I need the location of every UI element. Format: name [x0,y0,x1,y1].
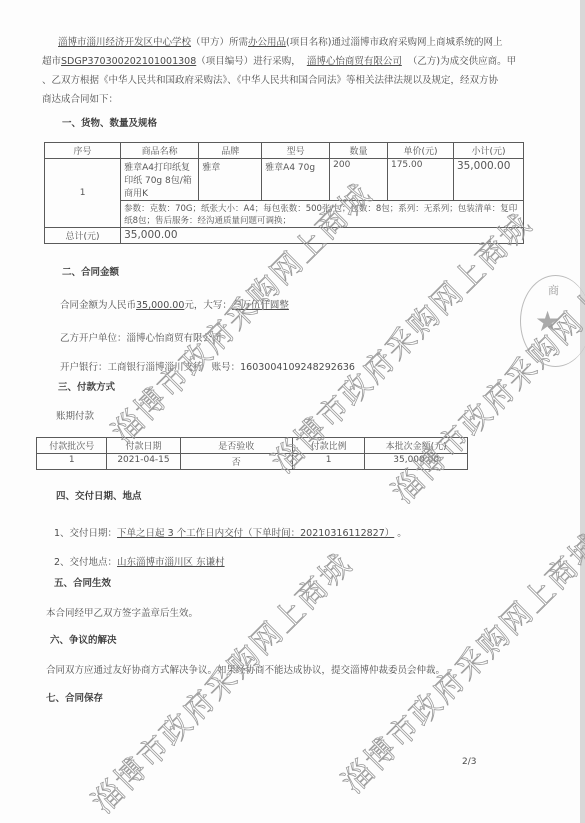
header-batch: 付款批次号 [37,438,107,454]
row-index: 1 [45,159,121,228]
header-subtotal: 小计(元) [453,143,523,159]
row-ratio: 1 [292,454,364,470]
contract-amount: 35,000.00 [136,300,184,311]
total-label: 总计(元) [45,228,121,244]
delivery-place-value: 山东淄博市淄川区 东谦村 [117,557,225,568]
bank-line: 开户银行：工商银行淄博淄川支行 账号：1603004109248292636 [60,362,355,374]
section-3-title: 三、付款方式 [58,382,115,394]
row-amount: 35,000.00 [365,454,468,470]
table-total-row: 总计(元) 35,000.00 [45,228,524,244]
section-7-title: 七、合同保存 [46,693,103,705]
header-name: 商品名称 [121,143,199,159]
delivery-place-label: 2、交付地点： [54,557,117,568]
header-unit-price: 单价(元) [387,143,453,159]
project-name: 办公用品 [248,37,286,48]
buyer-role: （甲方）所需 [191,37,248,48]
account-unit: 淄博心怡商贸有限公司 [127,333,222,344]
goods-table: 序号 商品名称 品牌 型号 数量 单价(元) 小计(元) 1 雅章A4打印纸复印… [44,142,524,244]
page-edge [580,0,585,823]
amount-suffix: 元，大写： [184,300,232,311]
row-accepted: 否 [180,454,292,470]
account-unit-label: 乙方开户单位： [60,333,127,344]
row-date: 2021-04-15 [107,454,180,470]
delivery-place-line: 2、交付地点：山东淄博市淄川区 东谦村 [54,557,225,569]
header-ratio: 付款比例 [292,438,364,454]
delivery-date-line: 1、交付日期：下单之日起 3 个工作日内交付（下单时间：202103161128… [54,528,407,540]
bank-name: 工商银行淄博淄川支行 [108,362,203,373]
contract-amount-line: 合同金额为人民币35,000.00元，大写：叁万伍仟圆整 [60,300,289,312]
header-brand: 品牌 [199,143,262,159]
section-2-title: 二、合同金额 [62,267,119,279]
payment-method: 账期付款 [56,411,94,423]
amount-words: 叁万伍仟圆整 [232,300,289,311]
intro-line-1: 淄博市淄川经济开发区中心学校（甲方）所需办公用品(项目名称)通过淄博市政府采购网… [58,37,502,49]
amount-prefix: 合同金额为人民币 [60,300,136,311]
row-brand: 雅章 [199,159,262,201]
supplier-name: 淄博心怡商贸有限公司 [307,56,402,67]
account-number: 1603004109248292636 [240,362,355,373]
seal-text: 商 [548,285,559,297]
row-quantity: 200 [330,159,388,201]
header-date: 付款日期 [107,438,180,454]
account-unit-line: 乙方开户单位：淄博心怡商贸有限公司 [60,333,222,345]
seal-star-icon: ★ [535,305,560,338]
section-5-text: 本合同经甲乙双方签字盖章后生效。 [46,608,198,620]
payment-table-header: 付款批次号 付款日期 是否验收 付款比例 本批次金额(元) [37,438,468,454]
row-unit-price: 175.00 [387,159,453,201]
delivery-date-label: 1、交付日期： [54,528,117,539]
section-1-title: 一、货物、数量及规格 [62,118,157,130]
project-code: SDGP370300202101001308 [61,56,196,67]
table-row: 1 雅章A4打印纸复印纸 70g 8包/箱商用K 雅章 雅章A4 70g 200… [45,159,524,201]
row-subtotal: 35,000.00 [453,159,523,201]
page-number: 2/3 [462,756,476,768]
row-batch: 1 [37,454,107,470]
bank-label: 开户银行： [60,362,108,373]
section-5-title: 五、合同生效 [54,578,111,590]
supplier-role: （乙方)为成交供应商。甲 [408,56,516,67]
row-name: 雅章A4打印纸复印纸 70g 8包/箱商用K [121,159,199,201]
intro-line-2: 超市SDGP370300202101001308（项目编号）进行采购， 淄博心怡… [42,56,516,68]
section-6-text: 合同双方应通过友好协商方式解决争议。如果经协商不能达成协议，提交淄博仲裁委员会仲… [46,665,445,677]
goods-table-header: 序号 商品名称 品牌 型号 数量 单价(元) 小计(元) [45,143,524,159]
payment-table: 付款批次号 付款日期 是否验收 付款比例 本批次金额(元) 1 2021-04-… [36,437,468,470]
header-index: 序号 [45,143,121,159]
account-no-label: 账号： [212,362,241,373]
delivery-date-value: 下单之日起 3 个工作日内交付（下单时间：20210316112827） [117,528,394,539]
project-name-label: (项目名称)通过淄博市政府采购网上商城系统的网上 [286,37,502,48]
line2-prefix: 超市 [42,56,61,67]
table-row: 1 2021-04-15 否 1 35,000.00 [37,454,468,470]
intro-line-4: 商达成合同如下： [42,94,118,106]
header-accepted: 是否验收 [180,438,292,454]
row-params: 参数：克数：70G；纸张大小：A4；每包张数：500张/包；包数：8包；系列：无… [121,201,524,228]
section-4-title: 四、交付日期、地点 [56,491,142,503]
header-batch-amount: 本批次金额(元) [365,438,468,454]
header-model: 型号 [262,143,330,159]
project-code-label: （项目编号）进行采购， [196,56,301,67]
buyer-name: 淄博市淄川经济开发区中心学校 [58,37,191,48]
intro-line-3: 、乙双方根据《中华人民共和国政府采购法》、《中华人民共和国合同法》等相关法律法规… [42,75,498,87]
section-6-title: 六、争议的解决 [50,635,117,647]
row-model: 雅章A4 70g [262,159,330,201]
header-quantity: 数量 [330,143,388,159]
total-value: 35,000.00 [121,228,524,244]
